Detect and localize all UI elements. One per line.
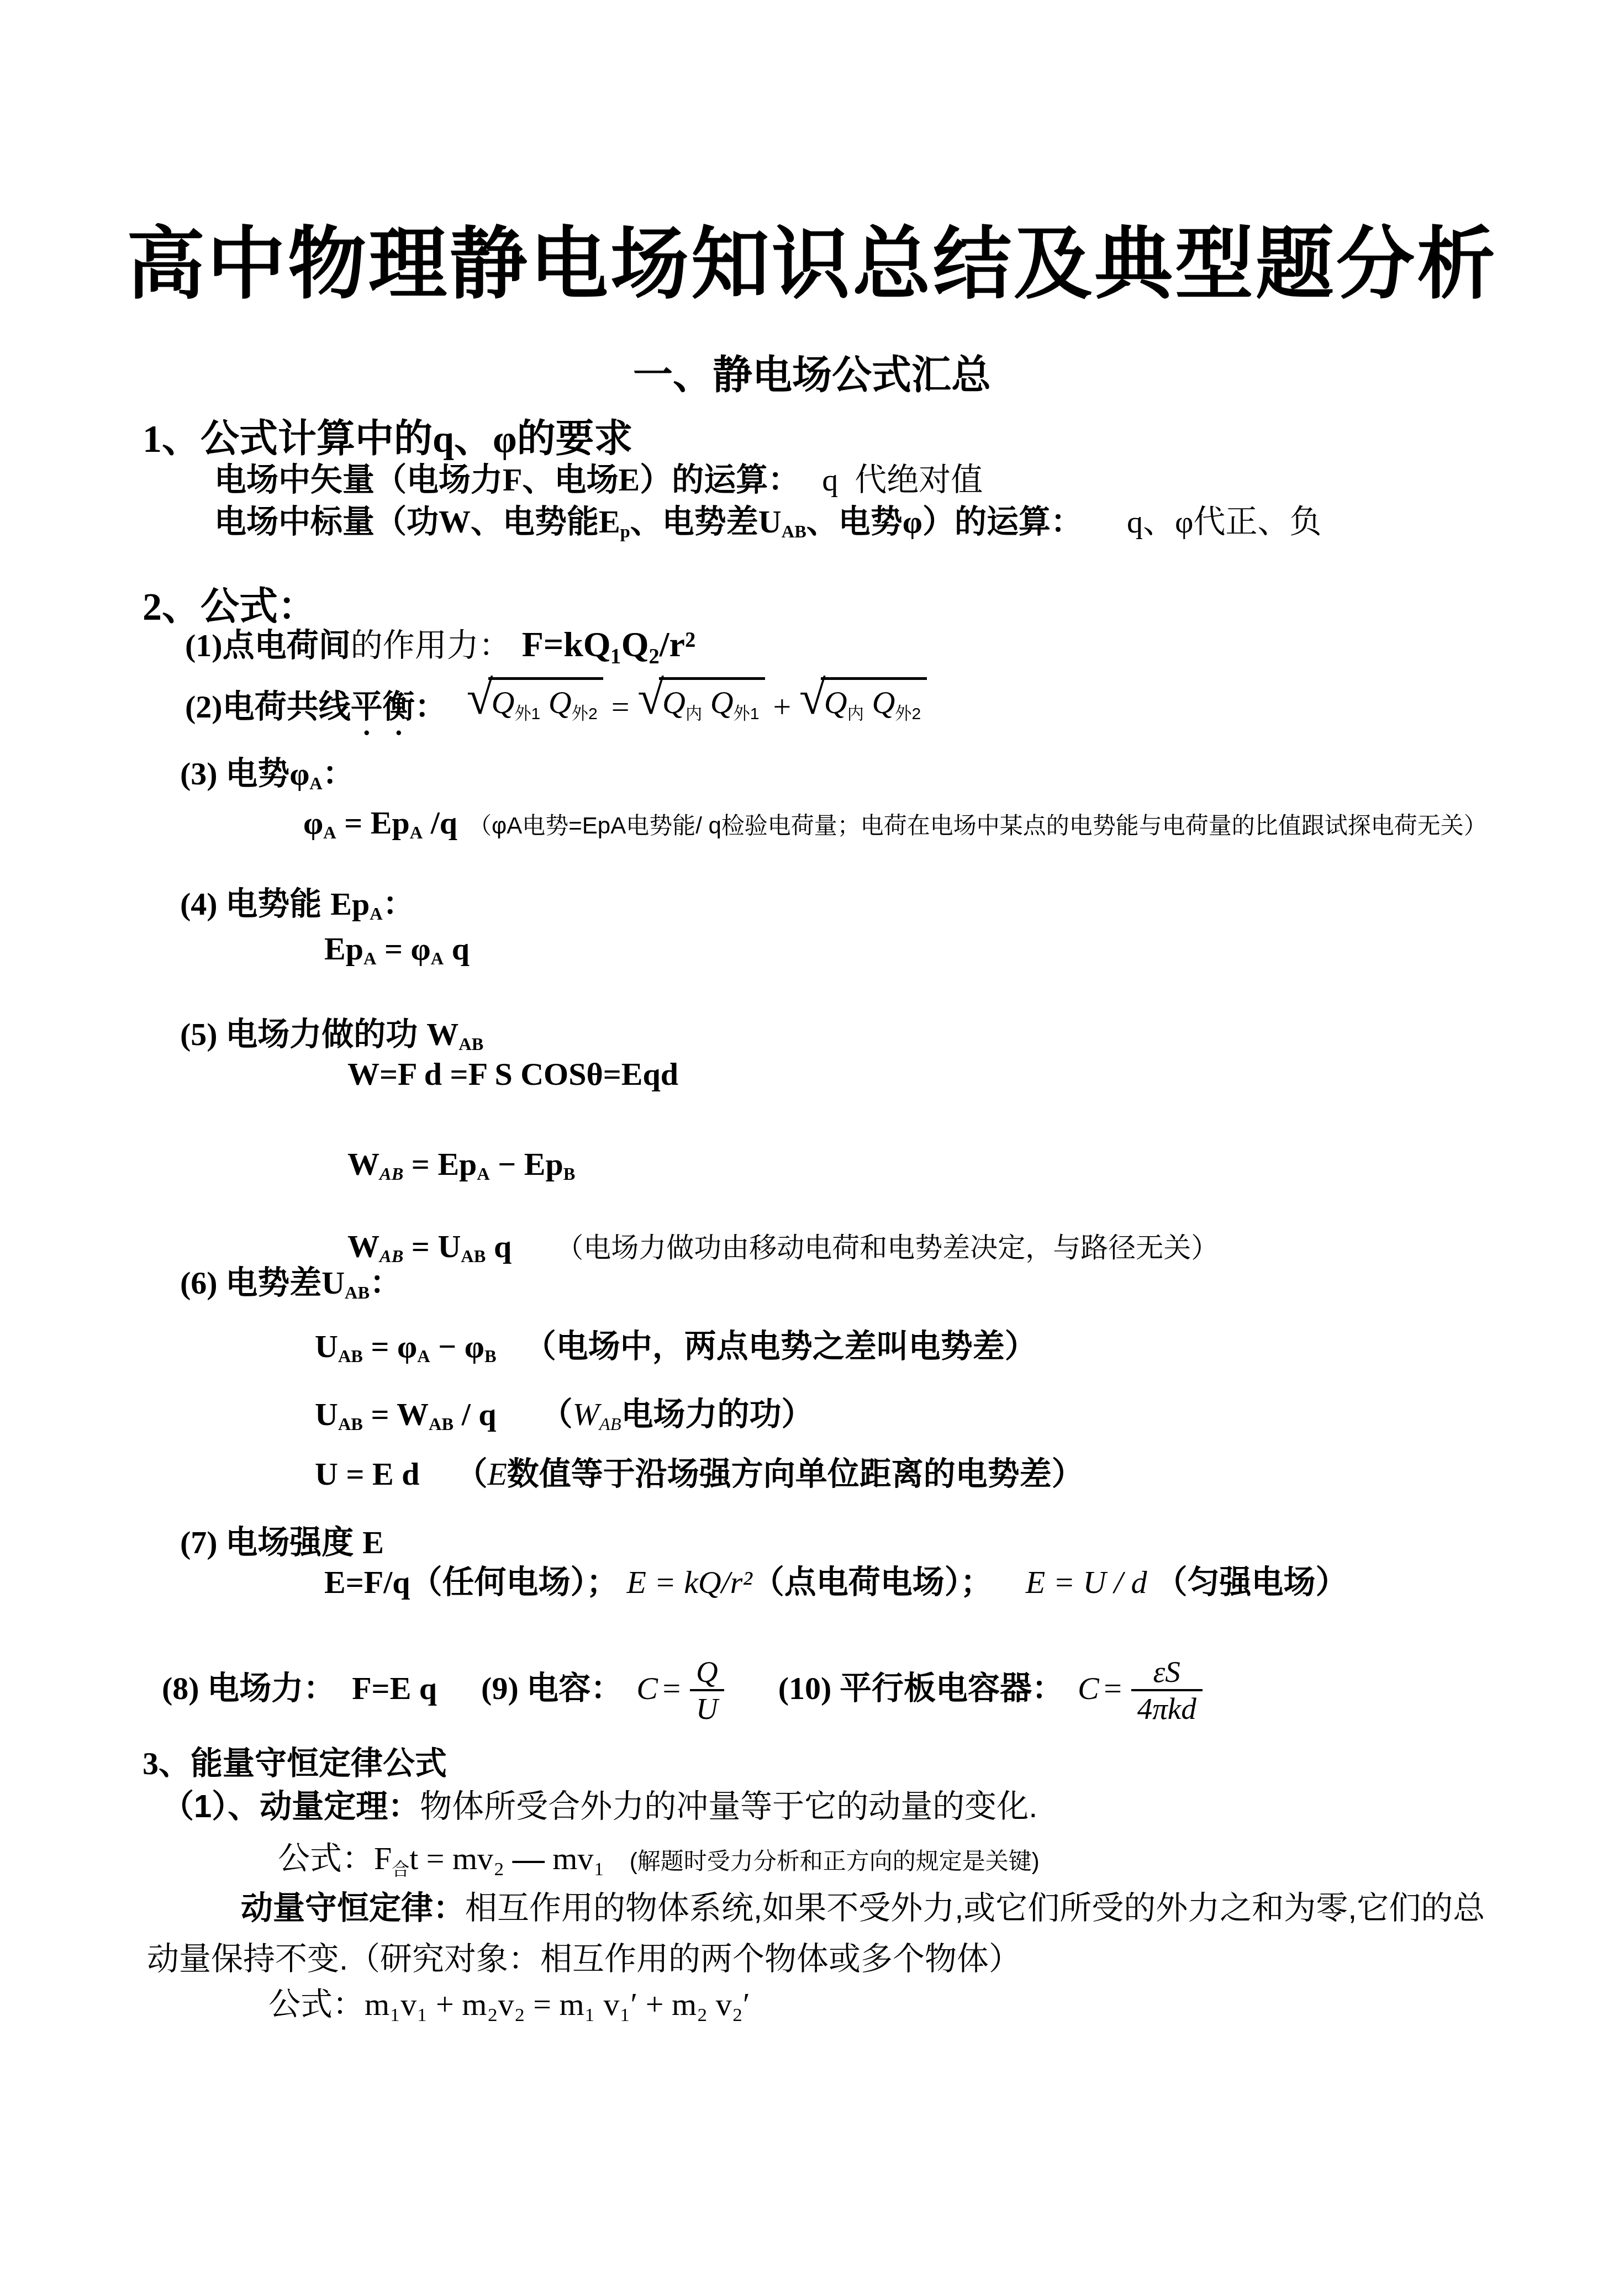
radicand: Q内Q外2 <box>821 677 927 725</box>
subscript: A <box>477 1164 489 1184</box>
frag: （ <box>541 1396 573 1432</box>
frag: 、电势 <box>806 504 903 540</box>
radicand: Q内Q外1 <box>659 677 765 725</box>
frag: 电场力的功） <box>621 1396 814 1432</box>
page-title: 高中物理静电场知识总结及典型题分析 <box>0 217 1624 312</box>
frag: W <box>439 504 471 540</box>
spacer <box>605 1869 630 1869</box>
label: 电场中矢量（电场力F、电场E）的运算： <box>214 462 800 498</box>
formula-3-potential-label: (3) 电势φA： <box>180 754 355 795</box>
formula: WAB = UAB q <box>347 1228 512 1264</box>
momentum-conservation-line2: 动量保持不变.（研究对象：相互作用的两个物体或多个物体） <box>147 1940 1021 1979</box>
frag: φ <box>903 504 922 540</box>
subscript: AB <box>338 1347 363 1366</box>
formula-6-voltage-label: (6) 电势差UAB： <box>180 1264 402 1305</box>
label: 公式： <box>278 1840 374 1876</box>
frag: /q <box>423 805 457 841</box>
frag: Ep <box>371 805 410 841</box>
formula-4-potential-energy: EpA = φA q <box>324 930 470 970</box>
frag: Q <box>492 684 515 720</box>
equals: = <box>363 1328 397 1364</box>
formula-5-work-label: (5) 电场力做的功 WAB <box>180 1015 483 1056</box>
formula-6-voltage-work: UAB = WAB / q（WAB电场力的功） <box>315 1395 814 1436</box>
frag: φ <box>397 1328 417 1364</box>
fraction: QU <box>690 1654 724 1727</box>
frag: 、电势差 <box>630 504 758 540</box>
spacer <box>335 1698 352 1699</box>
radical-icon: √ <box>799 673 826 721</box>
subscript: 内 <box>686 705 702 723</box>
note: （电场力做功由移动电荷和电势差决定，与路径无关） <box>556 1232 1219 1263</box>
frag: 、电场 <box>522 462 618 498</box>
frag: U <box>437 1228 461 1264</box>
item-number: (9) <box>481 1670 526 1706</box>
formula: F=E q <box>352 1670 437 1706</box>
subscript: 内 <box>847 705 864 723</box>
note: （匀强电场） <box>1155 1564 1347 1600</box>
frag: 电场中矢量（电场力 <box>214 462 503 498</box>
formula: C <box>1078 1670 1099 1706</box>
equals: = <box>663 1670 681 1706</box>
radical-icon: √ <box>637 673 664 721</box>
item-number: （1）、 <box>162 1788 260 1824</box>
formula-6-voltage-potentials: UAB = φA − φB（电场中，两点电势之差叫电势差） <box>315 1327 1037 1368</box>
sqrt-term: √Q内Q外2 <box>799 677 927 725</box>
item-number: (5) <box>180 1016 225 1052</box>
frag: ： <box>370 1265 402 1301</box>
spacer <box>511 656 522 656</box>
frag: ）的运算： <box>640 462 800 498</box>
frag: U <box>315 1328 338 1364</box>
numerator: Q <box>690 1654 724 1689</box>
spacer <box>497 1424 541 1425</box>
spacer <box>619 1592 627 1593</box>
formula: UAB = φA − φB <box>315 1328 497 1364</box>
frag: φ <box>410 931 430 967</box>
minus: − <box>490 1146 524 1182</box>
formula-5-work-definition: W=F d =F S COSθ=Eqd <box>347 1055 678 1094</box>
subscript: AB <box>379 1164 403 1184</box>
frag: E <box>362 1524 384 1560</box>
frag: 公式： <box>201 585 317 628</box>
frag: W <box>397 1396 429 1432</box>
item-number: (7) <box>180 1524 225 1560</box>
formula-3-potential: φA = EpA /q（φA电势=EpA电势能/ q检验电荷量；电荷在电场中某点… <box>303 804 1487 845</box>
label: 点电荷间 <box>223 627 351 663</box>
spacer <box>437 1698 481 1699</box>
description: 相互作用的物体系统,如果不受外力,或它们所受的外力之和为零,它们的总 <box>465 1890 1485 1926</box>
spacer <box>419 1484 455 1485</box>
formula-1-coulomb-force: (1)点电荷间的作用力：F=kQ₁Q₂/r² <box>185 623 695 666</box>
subscript: 合 <box>392 1860 409 1879</box>
note: (解题时受力分析和正方向的规定是关键) <box>630 1848 1040 1874</box>
spacer <box>497 1357 524 1357</box>
frag: 、电势能 <box>471 504 599 540</box>
frag: W <box>426 1016 458 1052</box>
item-number: (1) <box>185 627 223 663</box>
sec1-vector-rule: 电场中矢量（电场力F、电场E）的运算：q代绝对值 <box>214 461 983 500</box>
note: （电场中，两点电势之差叫电势差） <box>524 1328 1037 1364</box>
equals: = <box>403 1228 437 1264</box>
momentum-theorem: （1）、动量定理：物体所受合外力的冲量等于它的动量的变化. <box>162 1787 1037 1827</box>
frag: E <box>599 504 620 540</box>
frag: 公式计算中的 <box>201 417 433 460</box>
item-number: (6) <box>180 1265 225 1301</box>
fraction: εS4πkd <box>1131 1654 1203 1727</box>
frag: W <box>573 1396 599 1432</box>
item-number: (4) <box>180 886 225 922</box>
equals: = <box>1104 1670 1122 1706</box>
sec1-scalar-rule: 电场中标量（功W、电势能Ep、电势差UAB、电势φ）的运算：q、φ代正、负 <box>214 503 1322 544</box>
sqrt-term: √Q内Q外1 <box>637 677 765 725</box>
subscript: AB <box>461 1247 486 1267</box>
subscript: AB <box>345 1283 370 1303</box>
label: 电场强度 <box>225 1524 362 1560</box>
formula: EpA = φA q <box>324 931 470 967</box>
label: 电势差 <box>225 1265 321 1301</box>
subscript: AB <box>458 1035 483 1054</box>
subscript: 外2 <box>572 705 598 723</box>
frag: φ <box>465 1328 484 1364</box>
formula: WAB = EpA − EpB <box>347 1146 575 1182</box>
formula: E=F/q <box>324 1564 410 1600</box>
formula-4-potential-energy-label: (4) 电势能 EpA： <box>180 885 415 926</box>
formula: E = kQ/r² <box>627 1564 752 1600</box>
item-number: (2) <box>185 689 223 725</box>
frag: W <box>347 1228 379 1264</box>
frag: Ep <box>330 886 370 922</box>
label: 动量定理： <box>260 1788 420 1824</box>
value: 代绝对值 <box>855 462 983 498</box>
formula: φA = EpA /q <box>303 805 457 841</box>
momentum-conservation-line1: 动量守恒定律：相互作用的物体系统,如果不受外力,或它们所受的外力之和为零,它们的… <box>241 1889 1485 1928</box>
note: （任何电场）； <box>410 1564 619 1600</box>
frag: E <box>487 1456 507 1492</box>
symbol-q: q <box>822 462 838 498</box>
formula: m₁v₁ + m₂v₂ = m₁ v₁′ + m₂ v₂′ <box>365 1986 750 2022</box>
subscript: A <box>323 823 336 843</box>
spacer <box>1064 1698 1078 1699</box>
equals: = <box>403 1146 437 1182</box>
label: 电场力： <box>207 1670 335 1706</box>
heading-number: 3、 <box>143 1745 191 1781</box>
frag: Q <box>549 684 572 720</box>
frag: F <box>503 462 522 498</box>
note: （φA电势=EpA电势能/ q检验电荷量；电荷在电场中某点的电势能与电荷量的比值… <box>468 812 1487 838</box>
subscript: 外2 <box>895 705 921 723</box>
frag: U <box>315 1396 338 1432</box>
note: （WAB电场力的功） <box>541 1396 814 1432</box>
equals: = <box>363 1396 397 1432</box>
subscript: AB <box>782 522 806 542</box>
sec3-heading: 3、能量守恒定律公式 <box>143 1744 447 1784</box>
formula: F=kQ₁Q₂/r² <box>522 625 695 664</box>
item-number: (10) <box>778 1670 840 1706</box>
frag: Ep <box>437 1146 477 1182</box>
frag: φ <box>289 756 309 792</box>
equals: = <box>376 931 410 967</box>
label: 电场力做的功 <box>225 1016 426 1052</box>
equals: = <box>338 1456 372 1492</box>
frag: 能量守恒定律公式 <box>191 1745 447 1781</box>
frag: q <box>444 931 470 967</box>
subscript: B <box>563 1164 576 1184</box>
item-number: (8) <box>162 1670 207 1706</box>
frag: U <box>315 1456 338 1492</box>
frag: ）的运算： <box>922 504 1083 540</box>
frag: E d <box>372 1456 419 1492</box>
description: 物体所受合外力的冲量等于它的动量的变化. <box>420 1788 1037 1824</box>
spacer <box>512 1257 556 1257</box>
sqrt-term: √Q外1Q外2 <box>467 677 603 725</box>
frag: Q <box>710 684 734 720</box>
label: 平行板电容器： <box>840 1670 1064 1706</box>
label: 电容： <box>526 1670 623 1706</box>
frag: U <box>758 504 782 540</box>
label-emphasized: 平衡： <box>351 689 447 725</box>
subscript: A <box>410 823 423 843</box>
spacer <box>447 717 463 717</box>
formula-6-voltage-field: U = E d（E数值等于沿场强方向单位距离的电势差） <box>315 1455 1084 1494</box>
numerator: εS <box>1131 1654 1203 1689</box>
subscript: A <box>363 949 376 969</box>
radical-icon: √ <box>467 673 493 721</box>
label: 电势能 <box>225 886 330 922</box>
sec1-heading: 1、公式计算中的q、φ的要求 <box>143 415 633 463</box>
denominator: U <box>690 1689 724 1726</box>
frag: ： <box>383 886 415 922</box>
frag: U <box>321 1265 345 1301</box>
radicand: Q外1Q外2 <box>488 677 603 725</box>
spacer <box>838 490 855 490</box>
frag: Q <box>872 684 895 720</box>
spacer <box>623 1698 636 1699</box>
document-page: 高中物理静电场知识总结及典型题分析 一、静电场公式汇总 1、公式计算中的q、φ的… <box>0 0 1624 2290</box>
label: 电势 <box>225 756 289 792</box>
frag: Ep <box>524 1146 563 1182</box>
momentum-conservation-formula: 公式：m₁v₁ + m₂v₂ = m₁ v₁′ + m₂ v₂′ <box>268 1985 750 2024</box>
frag: φ <box>303 805 323 841</box>
label: 公式： <box>268 1986 365 2022</box>
note: （E数值等于沿场强方向单位距离的电势差） <box>455 1456 1083 1492</box>
label: 电场中标量（功W、电势能Ep、电势差UAB、电势φ）的运算： <box>214 504 1083 540</box>
equals: = <box>336 805 371 841</box>
spacer <box>1147 1592 1155 1593</box>
symbol-q: q <box>1127 504 1143 540</box>
frag: t = mv₂ <box>409 1840 513 1876</box>
frag: ： <box>323 756 355 792</box>
subscript: A <box>309 774 322 794</box>
equals: = <box>611 689 630 725</box>
momentum-theorem-formula: 公式：F合t = mv₂ — mv₁(解题时受力分析和正方向的规定是关键) <box>278 1839 1040 1881</box>
subscript: 外1 <box>734 705 760 723</box>
frag: Ep <box>324 931 363 967</box>
heading-number: 2、 <box>143 586 201 629</box>
spacer <box>993 1592 1026 1593</box>
section-subtitle: 一、静电场公式汇总 <box>0 351 1624 400</box>
formula: F合t = mv₂ — mv₁ <box>374 1840 605 1876</box>
label: 电荷共线 <box>223 689 351 725</box>
item-number: (3) <box>180 756 225 792</box>
subscript: A <box>370 904 382 924</box>
subscript: AB <box>429 1415 454 1434</box>
frag: q、φ <box>433 418 517 461</box>
formula: U = E d <box>315 1456 419 1492</box>
symbol-phi: φ <box>1175 504 1193 540</box>
label: 动量守恒定律： <box>241 1890 465 1926</box>
formula-5-work-voltage: WAB = UAB q（电场力做功由移动电荷和电势差决定，与路径无关） <box>347 1227 1219 1268</box>
minus: − <box>430 1328 465 1364</box>
frag: E <box>618 462 640 498</box>
frag: / q <box>454 1396 496 1432</box>
spacer <box>800 490 822 490</box>
frag: 的要求 <box>517 417 633 460</box>
subscript: A <box>417 1347 430 1366</box>
frag: mv₁ <box>545 1840 605 1876</box>
spacer <box>457 833 468 833</box>
subscript: B <box>484 1347 497 1366</box>
frag: q <box>486 1228 512 1264</box>
heading-number: 1、 <box>143 418 201 461</box>
frag: 电场中标量（功 <box>214 504 439 540</box>
label: 的作用力： <box>351 627 511 663</box>
subscript: AB <box>338 1415 363 1434</box>
spacer <box>729 1698 778 1699</box>
frag: F <box>374 1840 392 1876</box>
formula: √Q外1Q外2=√Q内Q外1+√Q内Q外2 <box>463 689 930 725</box>
spacer <box>1083 532 1127 532</box>
frag: Q <box>662 684 686 720</box>
subscript: 外1 <box>514 705 540 723</box>
subscript: AB <box>599 1415 621 1434</box>
note: （点电荷电场）； <box>752 1564 993 1600</box>
plus: + <box>773 689 792 725</box>
value: 代正、负 <box>1194 504 1322 540</box>
formula-5-work-energy: WAB = EpA − EpB <box>347 1145 575 1186</box>
frag: Q <box>824 684 847 720</box>
formula-7-field-strength: E=F/q（任何电场）；E = kQ/r²（点电荷电场）；E = U / d（匀… <box>324 1563 1347 1602</box>
formula-8-9-10-row: (8) 电场力：F=E q(9) 电容：C=QU(10) 平行板电容器：C=εS… <box>162 1654 1207 1727</box>
formula-7-field-strength-label: (7) 电场强度 E <box>180 1523 384 1563</box>
minus: — <box>513 1840 545 1876</box>
formula: UAB = WAB / q <box>315 1396 497 1432</box>
frag: （ <box>455 1456 487 1492</box>
formula: C <box>636 1670 658 1706</box>
frag: 、 <box>1143 504 1175 540</box>
denominator: 4πkd <box>1131 1689 1203 1726</box>
frag: W <box>347 1146 379 1182</box>
formula-2-collinear-balance: (2)电荷共线平衡：√Q外1Q外2=√Q内Q外1+√Q内Q外2 <box>185 677 930 742</box>
subscript: p <box>620 522 630 542</box>
subscript: A <box>431 949 444 969</box>
frag: 数值等于沿场强方向单位距离的电势差） <box>507 1456 1084 1492</box>
formula: E = U / d <box>1026 1564 1147 1600</box>
